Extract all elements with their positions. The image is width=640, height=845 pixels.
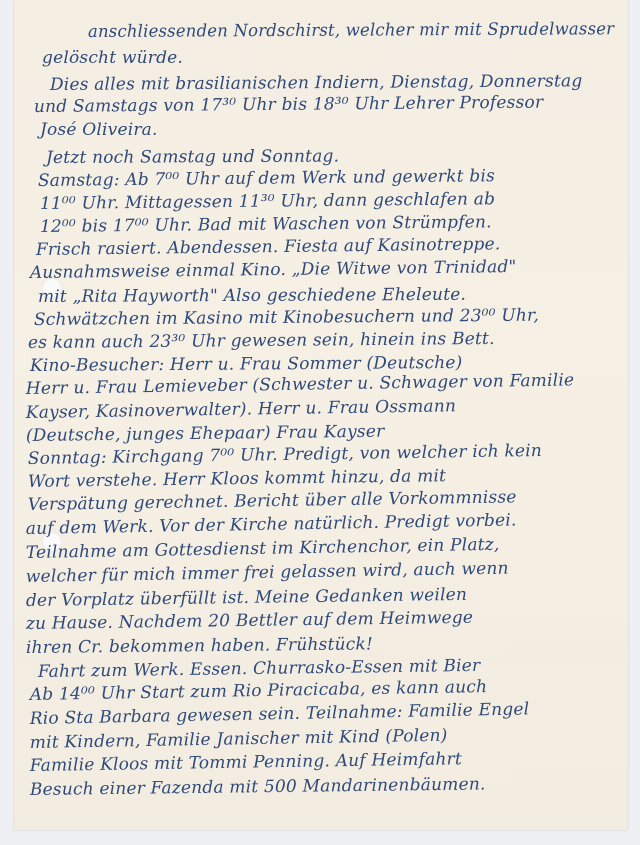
- handwritten-line: Kayser, Kasinoverwalter). Herr u. Frau O…: [26, 398, 457, 422]
- handwritten-line: Verspätung gerechnet. Bericht über alle …: [28, 489, 517, 514]
- handwritten-line: Dies alles mit brasilianischen Indiern, …: [50, 73, 583, 94]
- handwritten-line: José Oliveira.: [40, 122, 158, 139]
- handwritten-line: Samstag: Ab 7⁰⁰ Uhr auf dem Werk und gew…: [38, 168, 495, 190]
- handwritten-line: es kann auch 23³⁰ Uhr gewesen sein, hine…: [28, 331, 495, 352]
- handwritten-line: Jetzt noch Samstag und Sonntag.: [46, 148, 339, 167]
- handwritten-line: gelöscht würde.: [42, 50, 183, 67]
- handwritten-line: (Deutsche, junges Ehepaar) Frau Kayser: [26, 424, 385, 445]
- scanned-page: anschliessenden Nordschirst, welcher mir…: [0, 0, 640, 845]
- handwritten-line: mit „Rita Hayworth" Also geschiedene Ehe…: [38, 287, 466, 306]
- handwritten-line: 11⁰⁰ Uhr. Mittagessen 11³⁰ Uhr, dann ges…: [40, 191, 495, 213]
- handwritten-line: mit Kindern, Familie Janischer mit Kind …: [30, 728, 448, 752]
- handwritten-line: Sonntag: Kirchgang 7⁰⁰ Uhr. Predigt, von…: [28, 443, 542, 468]
- handwritten-line: auf dem Werk. Vor der Kirche natürlich. …: [26, 512, 517, 538]
- handwritten-line: Besuch einer Fazenda mit 500 Mandarinenb…: [30, 776, 486, 799]
- handwritten-line: Wort verstehe. Herr Kloos kommt hinzu, d…: [28, 468, 446, 491]
- handwritten-line: Schwätzchen im Kasino mit Kinobesuchern …: [34, 308, 539, 329]
- letter-paper: anschliessenden Nordschirst, welcher mir…: [14, 0, 628, 830]
- handwritten-line: welcher für mich immer frei gelassen wir…: [26, 561, 509, 586]
- handwritten-line: zu Hause. Nachdem 20 Bettler auf dem Hei…: [26, 610, 473, 633]
- handwritten-line: 12⁰⁰ bis 17⁰⁰ Uhr. Bad mit Waschen von S…: [40, 214, 492, 236]
- handwritten-line: Rio Sta Barbara gewesen sein. Teilnahme:…: [30, 701, 530, 728]
- handwritten-line: Familie Kloos mit Tommi Penning. Auf Hei…: [30, 751, 462, 775]
- handwritten-line: Ausnahmsweise einmal Kino. „Die Witwe vo…: [30, 259, 517, 282]
- handwritten-line: Teilnahme am Gottesdienst im Kirchenchor…: [26, 537, 500, 562]
- handwritten-line: anschliessenden Nordschirst, welcher mir…: [88, 21, 614, 41]
- handwritten-line: Herr u. Frau Lemieveber (Schwester u. Sc…: [26, 372, 575, 398]
- handwritten-line: Ab 14⁰⁰ Uhr Start zum Rio Piracicaba, es…: [30, 679, 488, 704]
- handwritten-line: der Vorplatz überfüllt ist. Meine Gedank…: [26, 587, 468, 610]
- handwritten-line: und Samstags von 17³⁰ Uhr bis 18³⁰ Uhr L…: [34, 95, 543, 116]
- handwritten-line: Kino-Besucher: Herr u. Frau Sommer (Deut…: [30, 355, 463, 375]
- handwritten-line: Frisch rasiert. Abendessen. Fiesta auf K…: [36, 236, 501, 259]
- handwritten-line: ihren Cr. bekommen haben. Frühstück!: [26, 636, 373, 657]
